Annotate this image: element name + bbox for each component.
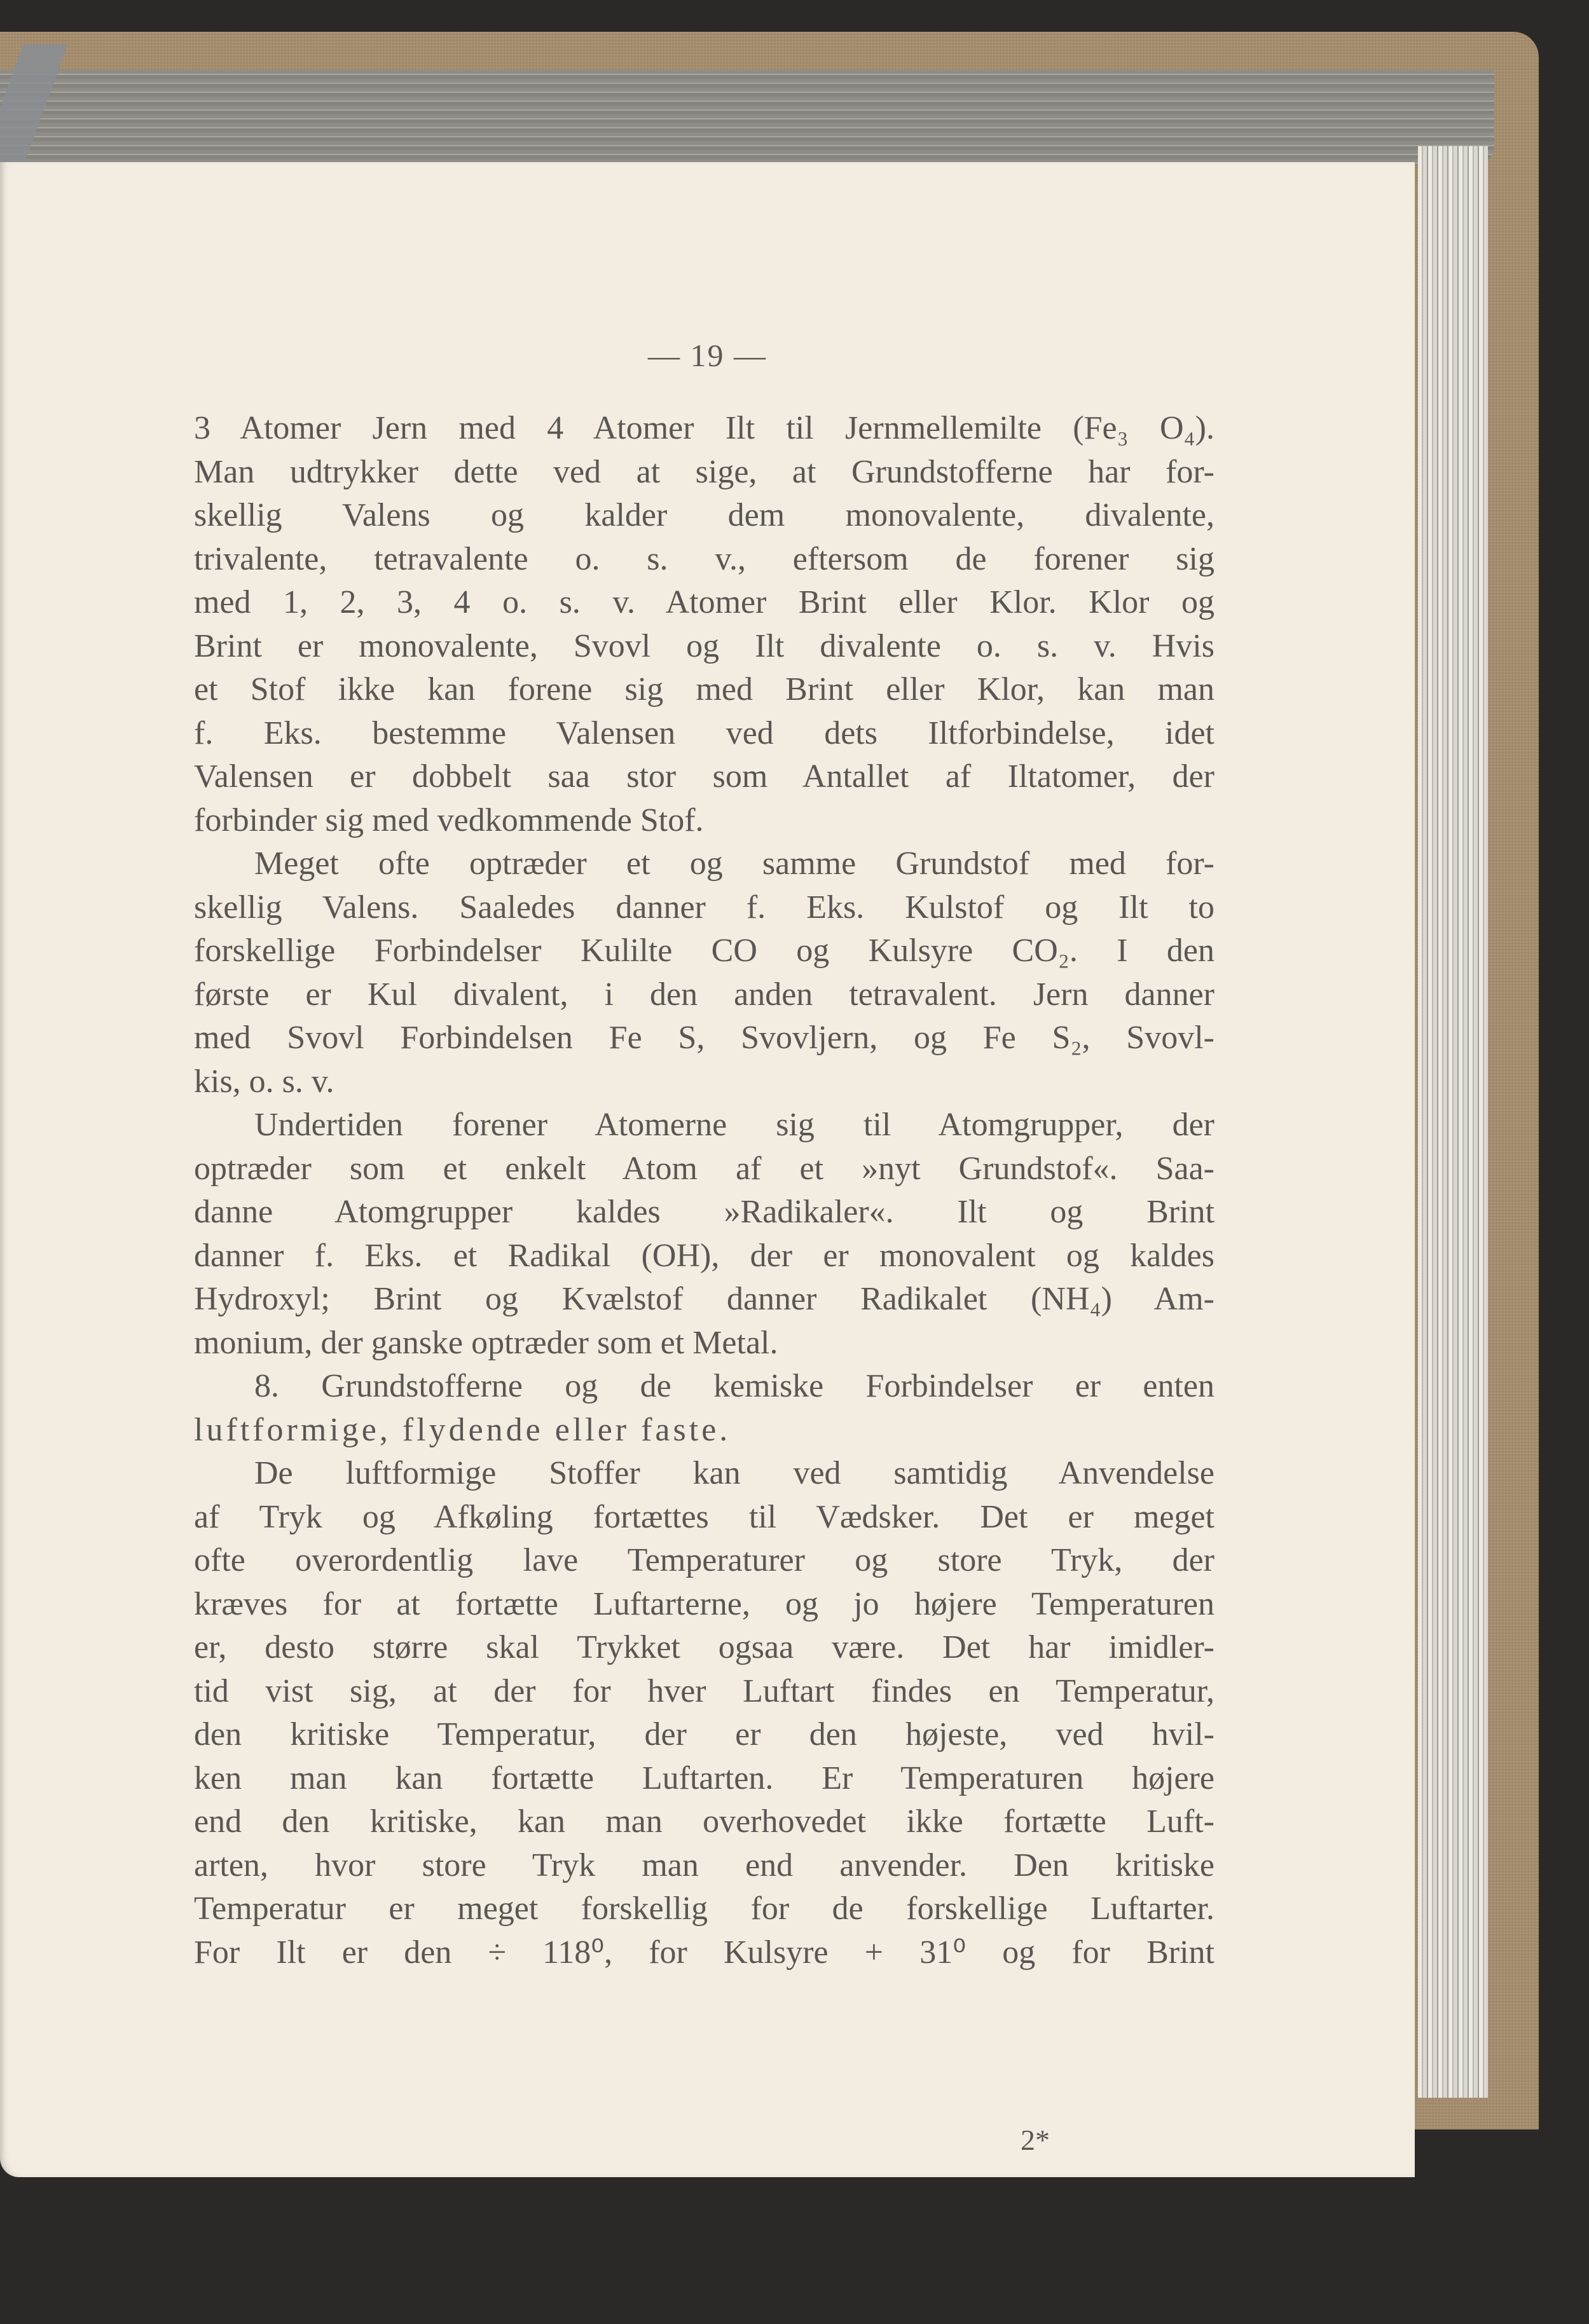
text-line: danner f. Eks. et Radikal (OH), der er m… — [194, 1234, 1214, 1278]
page-number: — 19 — — [0, 337, 1415, 374]
text-line: arten, hvor store Tryk man end anvender.… — [194, 1844, 1214, 1888]
text-line: kis, o. s. v. — [194, 1060, 1214, 1104]
text-line: Valensen er dobbelt saa stor som Antalle… — [194, 755, 1214, 799]
page-block-fore-edge — [1418, 146, 1488, 2098]
page-block-top-edge — [0, 70, 1494, 165]
text-line: af Tryk og Afkøling fortættes til Vædske… — [194, 1496, 1214, 1540]
text-line: f. Eks. bestemme Valensen ved dets Iltfo… — [194, 712, 1214, 756]
paragraph-start-line: Undertiden forener Atomerne sig til Atom… — [194, 1104, 1214, 1147]
text-line: er, desto større skal Trykket ogsaa være… — [194, 1626, 1214, 1670]
text-line: optræder som et enkelt Atom af et »nyt G… — [194, 1147, 1214, 1191]
body-text: 3 Atomer Jern med 4 Atomer Ilt til Jernm… — [194, 407, 1214, 1974]
paragraph-start-line: De luftformige Stoffer kan ved samtidig … — [194, 1452, 1214, 1496]
text-line: forbinder sig med vedkommende Stof. — [194, 799, 1214, 843]
printer-signature-mark: 2* — [1021, 2123, 1050, 2157]
text-line: Temperatur er meget forskellig for de fo… — [194, 1887, 1214, 1931]
text-line: ken man kan fortætte Luftarten. Er Tempe… — [194, 1757, 1214, 1801]
text-line: ofte overordentlig lave Temperaturer og … — [194, 1539, 1214, 1583]
text-line: den kritiske Temperatur, der er den høje… — [194, 1713, 1214, 1757]
text-line: med 1, 2, 3, 4 o. s. v. Atomer Brint ell… — [194, 581, 1214, 625]
text-line: Hydroxyl; Brint og Kvælstof danner Radik… — [194, 1278, 1214, 1322]
text-line: luftformige, flydende eller faste. — [194, 1409, 1214, 1452]
text-line: trivalente, tetravalente o. s. v., efter… — [194, 538, 1214, 582]
text-line: et Stof ikke kan forene sig med Brint el… — [194, 668, 1214, 712]
text-line: For Ilt er den ÷ 118⁰, for Kulsyre + 31⁰… — [194, 1931, 1214, 1975]
text-line: kræves for at fortætte Luftarterne, og j… — [194, 1583, 1214, 1627]
text-line: tid vist sig, at der for hver Luftart fi… — [194, 1670, 1214, 1714]
text-line: Man udtrykker dette ved at sige, at Grun… — [194, 451, 1214, 495]
paragraph-start-line: Meget ofte optræder et og samme Grundsto… — [194, 842, 1214, 886]
text-line: skellig Valens. Saaledes danner f. Eks. … — [194, 886, 1214, 930]
text-line: med Svovl Forbindelsen Fe S, Svovljern, … — [194, 1016, 1214, 1060]
text-line: forskellige Forbindelser Kulilte CO og K… — [194, 929, 1214, 973]
text-line: skellig Valens og kalder dem monovalente… — [194, 494, 1214, 538]
section-heading-line: 8. Grundstofferne og de kemiske Forbinde… — [194, 1365, 1214, 1409]
text-line: monium, der ganske optræder som et Metal… — [194, 1322, 1214, 1365]
text-line: Brint er monovalente, Svovl og Ilt dival… — [194, 625, 1214, 669]
text-line: end den kritiske, kan man overhovedet ik… — [194, 1800, 1214, 1844]
text-line: første er Kul divalent, i den anden tetr… — [194, 973, 1214, 1017]
text-line: danne Atomgrupper kaldes »Radikaler«. Il… — [194, 1191, 1214, 1234]
text-line: 3 Atomer Jern med 4 Atomer Ilt til Jernm… — [194, 407, 1214, 451]
